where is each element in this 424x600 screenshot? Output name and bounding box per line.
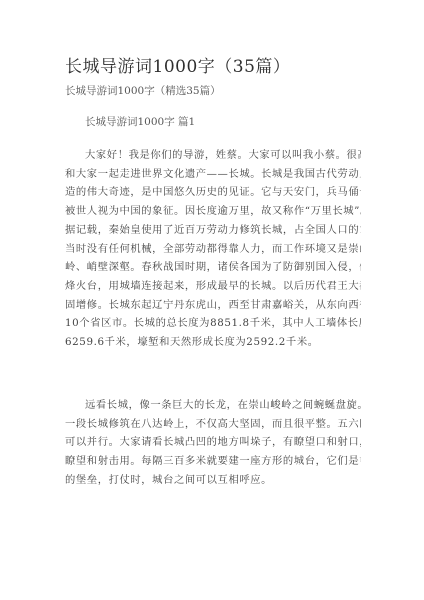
paragraph-line: 被世人视为中国的象征。因长度逾万里，故又称作“万里长城”。 xyxy=(65,202,361,221)
section-heading: 长城导游词1000字 篇1 xyxy=(85,114,195,129)
paragraph-line: 据记载，秦始皇使用了近百万劳动力修筑长城，占全国人口的1/20， xyxy=(65,221,361,240)
paragraph-line: 瞭望和射击用。每隔三百多米就要建一座方形的城台，它们是屯兵 xyxy=(65,452,361,471)
paragraph-1: 大家好！我是你们的导游，姓蔡。大家可以叫我小蔡。很高兴能 和大家一起走进世界文化… xyxy=(65,146,361,352)
paragraph-line: 固增修。长城东起辽宁丹东虎山，西至甘肃嘉峪关，从东向西行经 xyxy=(65,296,361,315)
paragraph-line: 当时没有任何机械，全部劳动都得靠人力，而工作环境又是崇山峻 xyxy=(65,240,361,259)
paragraph-line: 大家好！我是你们的导游，姓蔡。大家可以叫我小蔡。很高兴能 xyxy=(65,146,361,165)
paragraph-line: 可以并行。大家请看长城凸凹的地方叫垛子，有瞭望口和射口，供 xyxy=(65,433,361,452)
document-page: 长城导游词1000字（35篇） 长城导游词1000字（精选35篇） 长城导游词1… xyxy=(0,0,424,600)
paragraph-line: 岭、峭壁深壑。春秋战国时期，诸侯各国为了防御别国入侵，修筑 xyxy=(65,258,361,277)
paragraph-line: 一段长城修筑在八达岭上，不仅高大坚固，而且很平整。五六匹马 xyxy=(65,415,361,434)
paragraph-line: 10个省区市。长城的总长度为8851.8千米，其中人工墙体长度为 xyxy=(65,314,361,333)
document-subtitle: 长城导游词1000字（精选35篇） xyxy=(65,83,221,98)
paragraph-line: 远看长城，像一条巨大的长龙，在崇山峻岭之间蜿蜒盘旋。这 xyxy=(65,396,361,415)
paragraph-line: 6259.6千米，壕堑和天然形成长度为2592.2千米。 xyxy=(65,333,361,352)
paragraph-line: 的堡垒，打仗时，城台之间可以互相呼应。 xyxy=(65,471,361,490)
paragraph-2: 远看长城，像一条巨大的长龙，在崇山峻岭之间蜿蜒盘旋。这 一段长城修筑在八达岭上，… xyxy=(65,396,361,490)
paragraph-line: 和大家一起走进世界文化遗产——长城。长城是我国古代劳动人民创 xyxy=(65,165,361,184)
paragraph-line: 造的伟大奇迹，是中国悠久历史的见证。它与天安门，兵马俑一起 xyxy=(65,183,361,202)
document-title: 长城导游词1000字（35篇） xyxy=(65,52,290,77)
paragraph-line: 烽火台，用城墙连接起来，形成最早的长城。以后历代君王大都加 xyxy=(65,277,361,296)
